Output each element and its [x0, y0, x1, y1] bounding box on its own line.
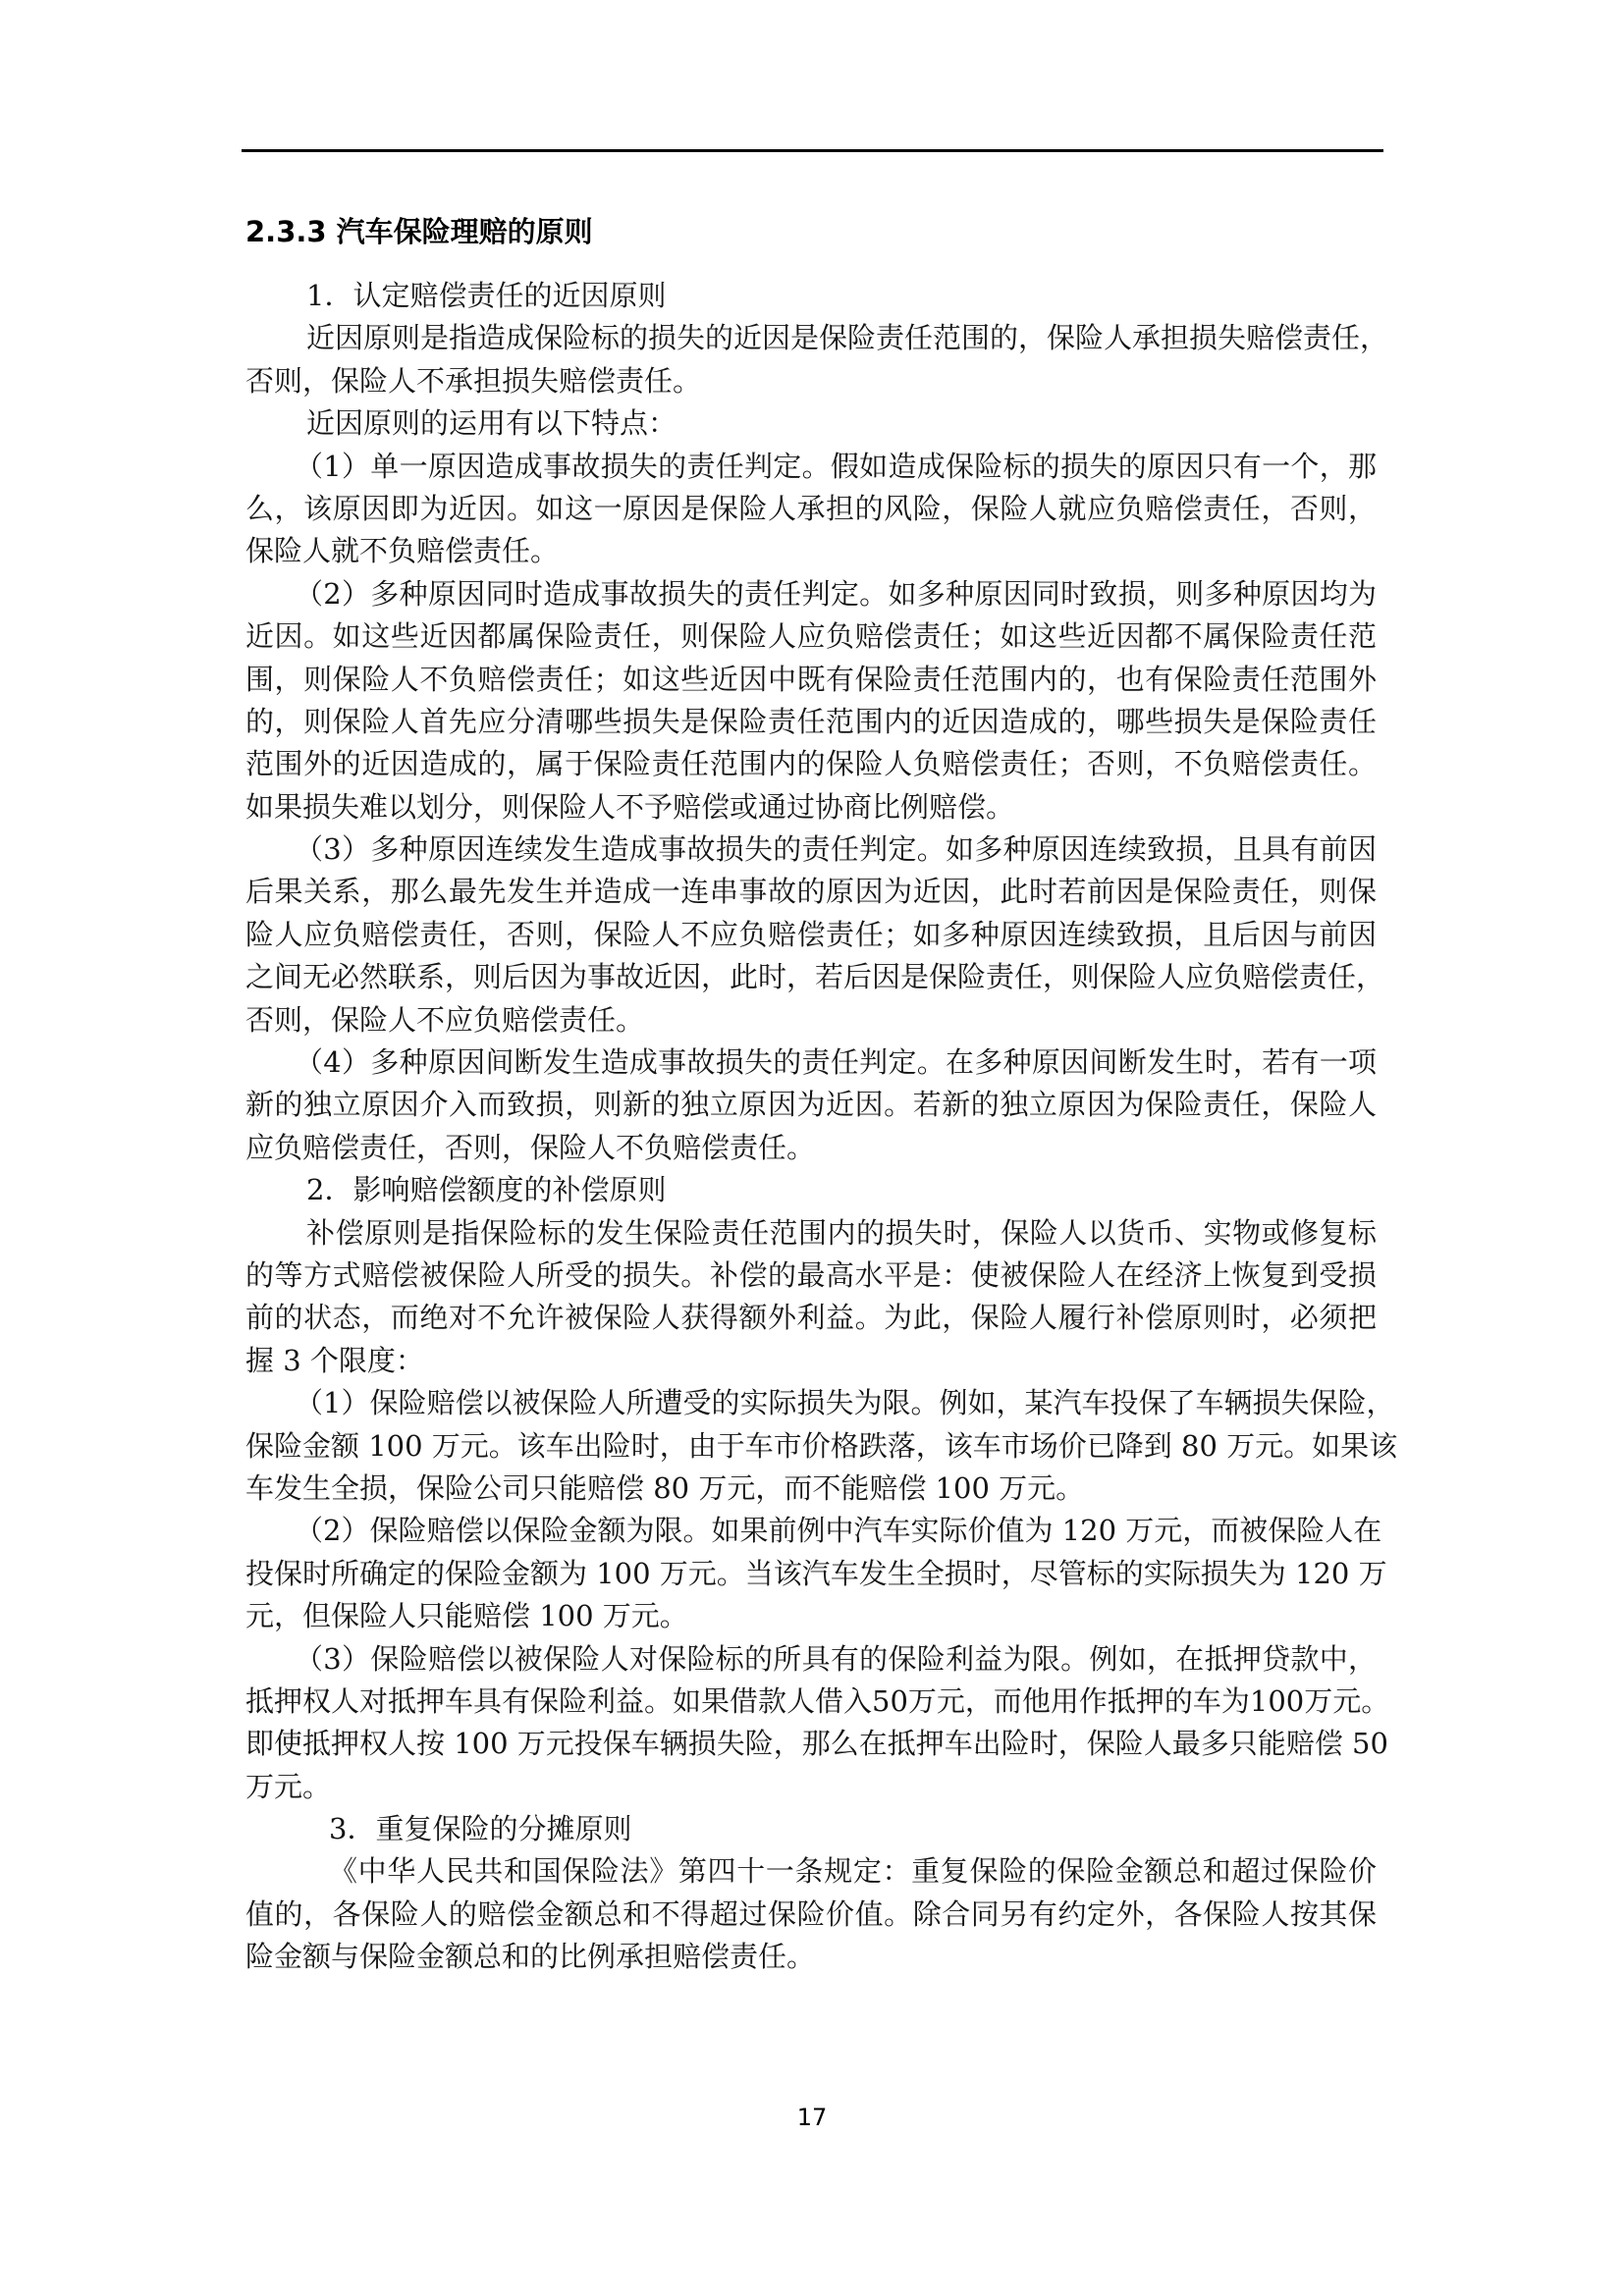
header-rule: [242, 149, 1383, 152]
text-line: 保险人就不负赔偿责任。: [245, 530, 1377, 572]
text-line: （1）保险赔偿以被保险人所遭受的实际损失为限。例如，某汽车投保了车辆损失保险，: [245, 1382, 1377, 1424]
page-number: 17: [0, 2104, 1624, 2131]
text-line: 前的状态，而绝对不允许被保险人获得额外利益。为此，保险人履行补偿原则时，必须把: [245, 1297, 1377, 1339]
text-line: 后果关系，那么最先发生并造成一连串事故的原因为近因，此时若前因是保险责任，则保: [245, 871, 1377, 913]
text-line: 么，该原因即为近因。如这一原因是保险人承担的风险，保险人就应负赔偿责任，否则，: [245, 488, 1377, 530]
text-line: 车发生全损，保险公司只能赔偿 80 万元，而不能赔偿 100 万元。: [245, 1468, 1377, 1510]
text-line: （4）多种原因间断发生造成事故损失的责任判定。在多种原因间断发生时，若有一项: [245, 1041, 1377, 1084]
text-line: 近因原则的运用有以下特点：: [245, 402, 1377, 445]
text-line: 投保时所确定的保险金额为 100 万元。当该汽车发生全损时，尽管标的实际损失为 …: [245, 1553, 1377, 1595]
section-heading: 2.3.3 汽车保险理赔的原则: [245, 214, 593, 249]
text-line: 的等方式赔偿被保险人所受的损失。补偿的最高水平是：使被保险人在经济上恢复到受损: [245, 1255, 1377, 1297]
text-line: 险金额与保险金额总和的比例承担赔偿责任。: [245, 1936, 1377, 1978]
text-line: 元，但保险人只能赔偿 100 万元。: [245, 1595, 1377, 1637]
text-line: 如果损失难以划分，则保险人不予赔偿或通过协商比例赔偿。: [245, 786, 1377, 828]
text-line: 即使抵押权人按 100 万元投保车辆损失险，那么在抵押车出险时，保险人最多只能赔…: [245, 1723, 1377, 1765]
text-line: （3）保险赔偿以被保险人对保险标的所具有的保险利益为限。例如，在抵押贷款中，: [245, 1638, 1377, 1681]
text-line: 1．认定赔偿责任的近因原则: [245, 275, 1377, 317]
text-line: （2）多种原因同时造成事故损失的责任判定。如多种原因同时致损，则多种原因均为: [245, 573, 1377, 615]
text-line: 3．重复保险的分摊原则: [245, 1808, 1377, 1850]
text-line: 之间无必然联系，则后因为事故近因，此时，若后因是保险责任，则保险人应负赔偿责任，: [245, 956, 1377, 998]
text-line: 保险金额 100 万元。该车出险时，由于车市价格跌落，该车市场价已降到 80 万…: [245, 1425, 1377, 1468]
text-line: （1）单一原因造成事故损失的责任判定。假如造成保险标的损失的原因只有一个，那: [245, 446, 1377, 488]
text-line: 万元。: [245, 1766, 1377, 1808]
text-line: 2．影响赔偿额度的补偿原则: [245, 1169, 1377, 1211]
text-line: 围，则保险人不负赔偿责任；如这些近因中既有保险责任范围内的，也有保险责任范围外: [245, 659, 1377, 701]
text-line: 值的，各保险人的赔偿金额总和不得超过保险价值。除合同另有约定外，各保险人按其保: [245, 1894, 1377, 1936]
text-line: 补偿原则是指保险标的发生保险责任范围内的损失时，保险人以货币、实物或修复标: [245, 1212, 1377, 1255]
text-line: 否则，保险人不应负赔偿责任。: [245, 999, 1377, 1041]
text-line: 近因原则是指造成保险标的损失的近因是保险责任范围的，保险人承担损失赔偿责任，: [245, 317, 1377, 359]
body-text: 1．认定赔偿责任的近因原则 近因原则是指造成保险标的损失的近因是保险责任范围的，…: [245, 275, 1377, 1979]
text-line: 抵押权人对抵押车具有保险利益。如果借款人借入50万元，而他用作抵押的车为100万…: [245, 1681, 1377, 1723]
text-line: 应负赔偿责任，否则，保险人不负赔偿责任。: [245, 1127, 1377, 1169]
text-line: 范围外的近因造成的，属于保险责任范围内的保险人负赔偿责任；否则，不负赔偿责任。: [245, 743, 1377, 785]
text-line: 险人应负赔偿责任，否则，保险人不应负赔偿责任；如多种原因连续致损，且后因与前因: [245, 914, 1377, 956]
text-line: （3）多种原因连续发生造成事故损失的责任判定。如多种原因连续致损，且具有前因: [245, 828, 1377, 871]
text-line: 《中华人民共和国保险法》第四十一条规定：重复保险的保险金额总和超过保险价: [245, 1850, 1377, 1893]
text-line: （2）保险赔偿以保险金额为限。如果前例中汽车实际价值为 120 万元，而被保险人…: [245, 1510, 1377, 1552]
text-line: 近因。如这些近因都属保险责任，则保险人应负赔偿责任；如这些近因都不属保险责任范: [245, 615, 1377, 658]
text-line: 的，则保险人首先应分清哪些损失是保险责任范围内的近因造成的，哪些损失是保险责任: [245, 701, 1377, 743]
text-line: 握 3 个限度：: [245, 1340, 1377, 1382]
text-line: 否则，保险人不承担损失赔偿责任。: [245, 360, 1377, 402]
text-line: 新的独立原因介入而致损，则新的独立原因为近因。若新的独立原因为保险责任，保险人: [245, 1084, 1377, 1126]
